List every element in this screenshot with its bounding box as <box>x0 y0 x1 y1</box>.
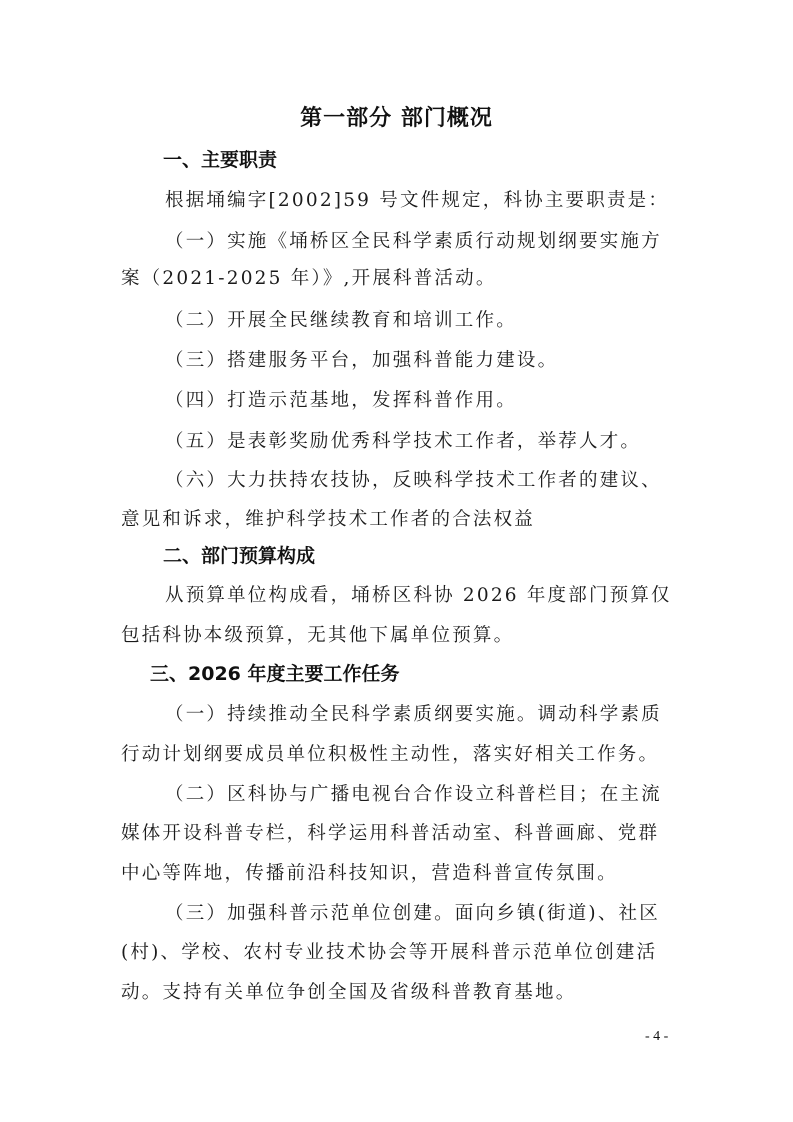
paragraph-line: （二）开展全民继续教育和培训工作。 <box>165 306 517 332</box>
paragraph-line: 包括科协本级预算，无其他下属单位预算。 <box>121 621 514 647</box>
section-heading-duties: 一、主要职责 <box>163 145 277 172</box>
paragraph-line: 根据埇编字[2002]59 号文件规定，科协主要职责是： <box>165 186 669 212</box>
paragraph-line: （三）加强科普示范单位创建。面向乡镇(街道)、社区 <box>165 899 660 925</box>
paragraph-line: 意见和诉求，维护科学技术工作者的合法权益 <box>121 505 535 531</box>
section-heading-tasks: 三、2026 年度主要工作任务 <box>150 659 400 686</box>
section-heading-budget: 二、部门预算构成 <box>163 541 315 568</box>
paragraph-line: (村)、学校、农村专业技术协会等开展科普示范单位创建活 <box>121 938 657 964</box>
paragraph-line: （五）是表彰奖励优秀科学技术工作者，举荐人才。 <box>165 427 641 453</box>
page-number: - 4 - <box>645 1029 668 1045</box>
paragraph-line: （三）搭建服务平台，加强科普能力建设。 <box>165 346 558 372</box>
paragraph-line: （一）持续推动全民科学素质纲要实施。调动科学素质 <box>165 700 662 726</box>
paragraph-line: 案（2021-2025 年）》,开展科普活动。 <box>121 264 497 290</box>
paragraph-line: 媒体开设科普专栏，科学运用科普活动室、科普画廊、党群 <box>121 819 659 845</box>
paragraph-line: 动。支持有关单位争创全国及省级科普教育基地。 <box>121 978 576 1004</box>
paragraph-line: （六）大力扶持农技协，反映科学技术工作者的建议、 <box>165 466 662 492</box>
paragraph-line: 从预算单位构成看，埇桥区科协 2026 年度部门预算仅 <box>165 581 672 607</box>
paragraph-line: （四）打造示范基地，发挥科普作用。 <box>165 386 517 412</box>
document-page: 第一部分 部门概况 一、主要职责 根据埇编字[2002]59 号文件规定，科协主… <box>0 0 793 1122</box>
paragraph-line: （二）区科协与广播电视台合作设立科普栏目；在主流 <box>165 780 662 806</box>
paragraph-line: 中心等阵地，传播前沿科技知识，营造科普宣传氛围。 <box>121 859 618 885</box>
page-title: 第一部分 部门概况 <box>0 101 793 132</box>
paragraph-line: （一）实施《埇桥区全民科学素质行动规划纲要实施方 <box>165 227 662 253</box>
paragraph-line: 行动计划纲要成员单位积极性主动性，落实好相关工作务。 <box>121 740 659 766</box>
